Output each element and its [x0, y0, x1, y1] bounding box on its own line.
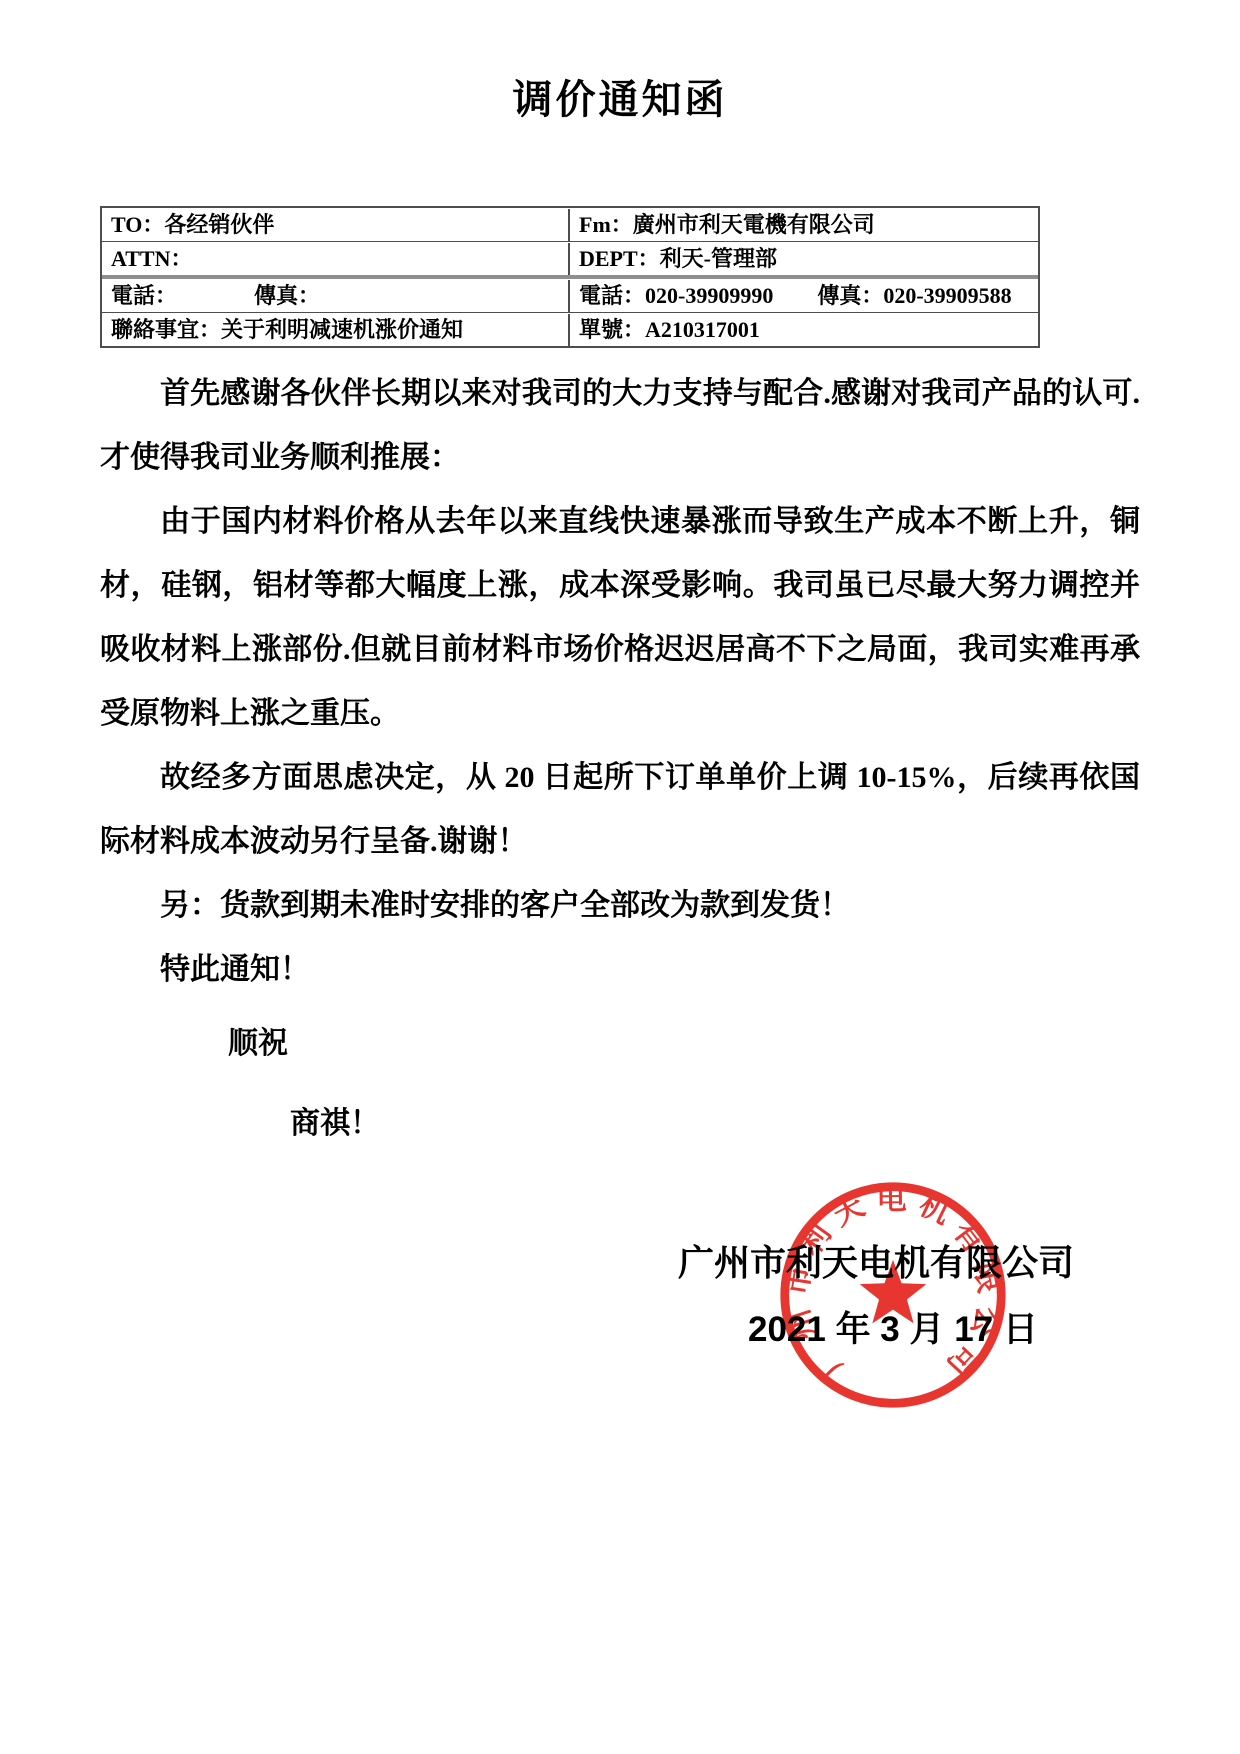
seal-graphic: 广州市利天电机有限公司 [776, 1178, 1010, 1412]
table-row-to-fm: TO：各经销伙伴 Fm：廣州市利天電機有限公司 [102, 208, 1038, 242]
cell-attn: ATTN： [102, 243, 570, 275]
table-row-phone-fax: 電話： 傳真： 電話：020-39909990 傳真：020-39909588 [102, 279, 1038, 313]
cell-subject: 聯絡事宜：关于利明减速机涨价通知 [102, 314, 570, 346]
paragraph-notice: 特此通知！ [100, 938, 1140, 1002]
cell-phone-fax-blank: 電話： 傳真： [102, 280, 570, 312]
cell-ref-number: 單號：A210317001 [570, 314, 1038, 346]
document-title: 调价通知函 [100, 72, 1140, 128]
paragraph-thanks: 首先感谢各伙伴长期以来对我司的大力支持与配合.感谢对我司产品的认可.才使得我司业… [100, 362, 1140, 490]
table-row-subject-refno: 聯絡事宜：关于利明减速机涨价通知 單號：A210317001 [102, 313, 1038, 346]
cell-phone-fax-values: 電話：020-39909990 傳真：020-39909588 [570, 280, 1038, 312]
paragraph-material-costs: 由于国内材料价格从去年以来直线快速暴涨而导致生产成本不断上升，铜材，硅钢，铝材等… [100, 490, 1140, 746]
cell-dept: DEPT：利天-管理部 [570, 243, 1038, 275]
cell-to: TO：各经销伙伴 [102, 209, 570, 241]
cell-fm: Fm：廣州市利天電機有限公司 [570, 209, 1038, 241]
company-seal-stamp: 广州市利天电机有限公司 [776, 1178, 1010, 1412]
letter-body: 首先感谢各伙伴长期以来对我司的大力支持与配合.感谢对我司产品的认可.才使得我司业… [100, 362, 1140, 1156]
header-table: TO：各经销伙伴 Fm：廣州市利天電機有限公司 ATTN： DEPT：利天-管理… [100, 206, 1040, 348]
table-row-attn-dept: ATTN： DEPT：利天-管理部 [102, 242, 1038, 279]
document-content: 调价通知函 TO：各经销伙伴 Fm：廣州市利天電機有限公司 ATTN： DEPT… [0, 72, 1240, 1350]
closing-greeting: 商祺！ [290, 1092, 1140, 1156]
notice-document-page: 调价通知函 TO：各经销伙伴 Fm：廣州市利天電機有限公司 ATTN： DEPT… [0, 0, 1240, 1754]
star-icon [860, 1260, 927, 1323]
closing-wish: 顺祝 [228, 1012, 1140, 1076]
paragraph-payment-terms: 另：货款到期未准时安排的客户全部改为款到发货！ [100, 874, 1140, 938]
paragraph-price-increase: 故经多方面思虑决定，从 20 日起所下订单单价上调 10-15%，后续再依国际材… [100, 746, 1140, 874]
